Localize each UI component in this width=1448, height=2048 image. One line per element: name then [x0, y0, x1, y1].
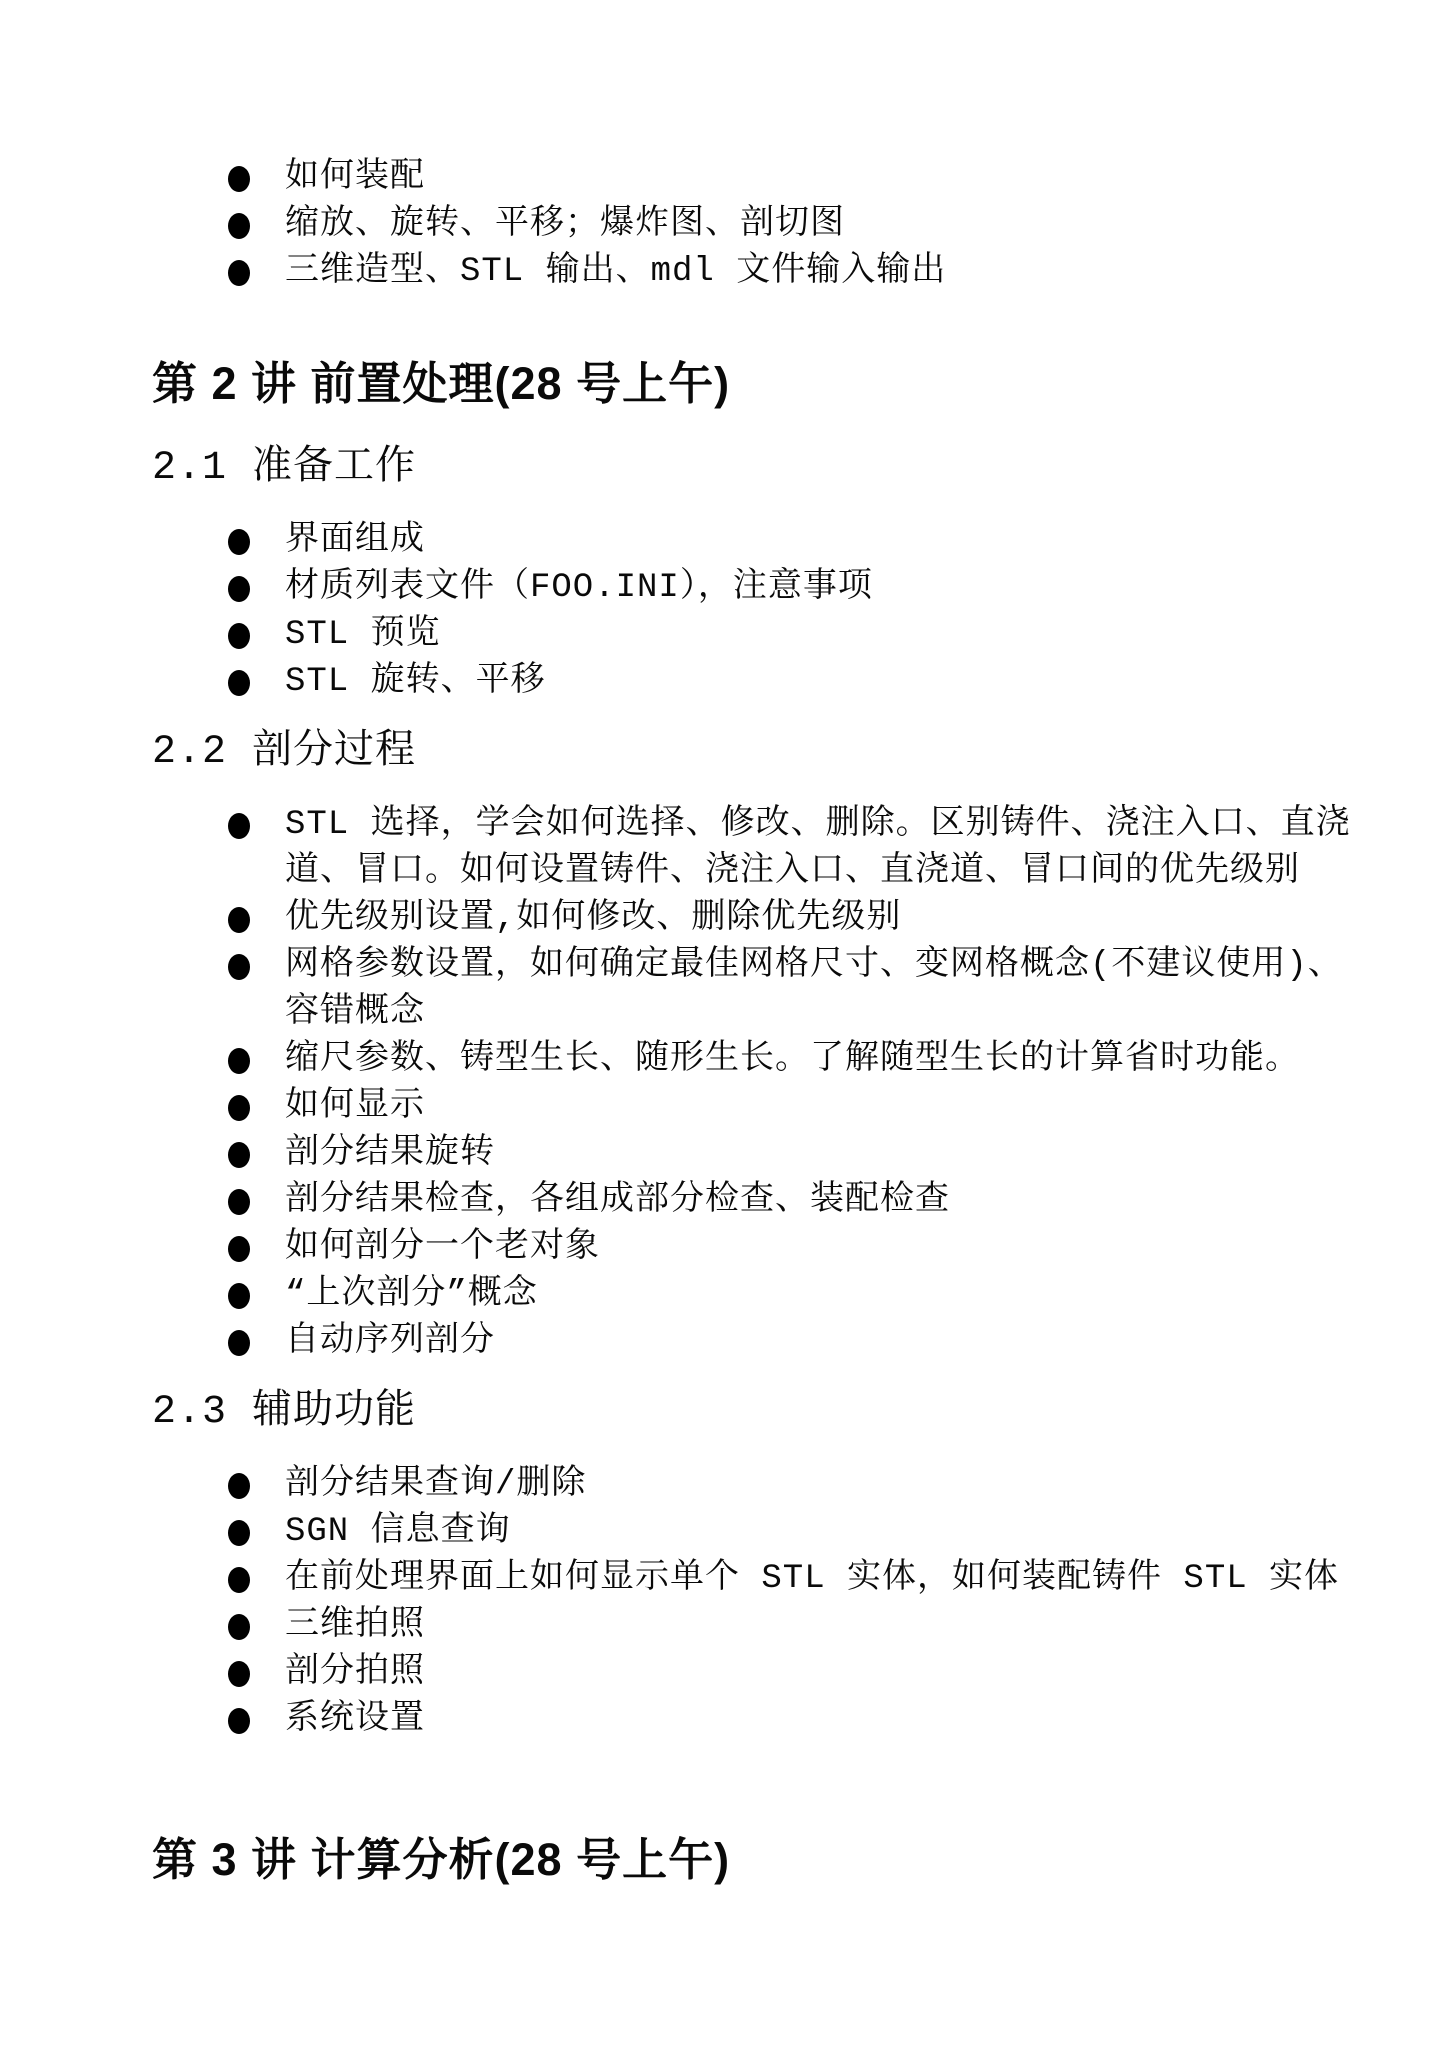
list-item: STL 旋转、平移 — [152, 659, 1360, 706]
list-item-text: 缩尺参数、铸型生长、随形生长。了解随型生长的计算省时功能。 — [285, 1041, 1300, 1079]
bullet-icon — [228, 1708, 250, 1734]
list-item: 剖分结果旋转 — [152, 1131, 1360, 1178]
bullet-icon — [228, 670, 250, 696]
section-2-2-bullet-list: STL 选择，学会如何选择、修改、删除。区别铸件、浇注入口、直浇道、冒口。如何设… — [152, 802, 1388, 1366]
list-item-text: STL 预览 — [285, 616, 441, 654]
list-item: 剖分拍照 — [152, 1650, 1360, 1697]
list-item-text: STL 旋转、平移 — [285, 663, 546, 701]
bullet-icon — [228, 166, 250, 192]
list-item-text: 材质列表文件（FOO.INI），注意事项 — [285, 569, 873, 607]
bullet-icon — [228, 1520, 250, 1546]
bullet-icon — [228, 813, 250, 839]
list-item: 剖分结果检查，各组成部分检查、装配检查 — [152, 1178, 1360, 1225]
list-item: 如何显示 — [152, 1084, 1360, 1131]
list-item-text: 优先级别设置,如何修改、删除优先级别 — [285, 900, 901, 938]
list-item: 优先级别设置,如何修改、删除优先级别 — [152, 896, 1360, 943]
list-item-text: SGN 信息查询 — [285, 1513, 511, 1551]
bullet-icon — [228, 1567, 250, 1593]
list-item: 系统设置 — [152, 1697, 1360, 1744]
chapter-3-heading: 第 3 讲 计算分析(28 号上午) — [152, 1832, 1388, 1888]
bullet-icon — [228, 1330, 250, 1356]
section-2-2-heading: 2.2 剖分过程 — [152, 728, 1388, 778]
list-item: 网格参数设置，如何确定最佳网格尺寸、变网格概念(不建议使用)、容错概念 — [152, 943, 1360, 1037]
bullet-icon — [228, 907, 250, 933]
bullet-icon — [228, 1095, 250, 1121]
list-item-text: 如何装配 — [285, 159, 425, 197]
list-item-text: 三维造型、STL 输出、mdl 文件输入输出 — [285, 253, 946, 291]
list-item: 自动序列剖分 — [152, 1319, 1360, 1366]
list-item: 在前处理界面上如何显示单个 STL 实体，如何装配铸件 STL 实体 — [152, 1556, 1360, 1603]
list-item: STL 选择，学会如何选择、修改、删除。区别铸件、浇注入口、直浇道、冒口。如何设… — [152, 802, 1360, 896]
bullet-icon — [228, 1473, 250, 1499]
section-2-3-bullet-list: 剖分结果查询/删除SGN 信息查询在前处理界面上如何显示单个 STL 实体，如何… — [152, 1462, 1388, 1744]
section-2-1-bullet-list: 界面组成材质列表文件（FOO.INI），注意事项STL 预览STL 旋转、平移 — [152, 518, 1388, 706]
list-item-text: 如何显示 — [285, 1088, 425, 1126]
list-item-text: 界面组成 — [285, 522, 425, 560]
list-item-text: 剖分结果查询/删除 — [285, 1466, 586, 1504]
list-item: 剖分结果查询/删除 — [152, 1462, 1360, 1509]
list-item-text: 网格参数设置，如何确定最佳网格尺寸、变网格概念(不建议使用)、容错概念 — [285, 947, 1343, 1032]
bullet-icon — [228, 1189, 250, 1215]
list-item-text: 缩放、旋转、平移；爆炸图、剖切图 — [285, 206, 845, 244]
list-item-text: 在前处理界面上如何显示单个 STL 实体，如何装配铸件 STL 实体 — [285, 1560, 1339, 1598]
document-page: 如何装配缩放、旋转、平移；爆炸图、剖切图三维造型、STL 输出、mdl 文件输入… — [0, 0, 1448, 2048]
bullet-icon — [228, 1236, 250, 1262]
chapter-2-heading: 第 2 讲 前置处理(28 号上午) — [152, 356, 1388, 412]
list-item: STL 预览 — [152, 612, 1360, 659]
bullet-icon — [228, 260, 250, 286]
list-item: “上次剖分”概念 — [152, 1272, 1360, 1319]
bullet-icon — [228, 1142, 250, 1168]
bullet-icon — [228, 1661, 250, 1687]
list-item-text: 如何剖分一个老对象 — [285, 1229, 600, 1267]
list-item: SGN 信息查询 — [152, 1509, 1360, 1556]
list-item: 如何剖分一个老对象 — [152, 1225, 1360, 1272]
bullet-icon — [228, 576, 250, 602]
list-item-text: 剖分结果旋转 — [285, 1135, 495, 1173]
bullet-icon — [228, 1614, 250, 1640]
list-item: 三维造型、STL 输出、mdl 文件输入输出 — [152, 249, 1360, 296]
bullet-icon — [228, 623, 250, 649]
bullet-icon — [228, 1048, 250, 1074]
list-item: 界面组成 — [152, 518, 1360, 565]
list-item-text: STL 选择，学会如何选择、修改、删除。区别铸件、浇注入口、直浇道、冒口。如何设… — [285, 806, 1351, 891]
list-item: 如何装配 — [152, 155, 1360, 202]
intro-bullet-list: 如何装配缩放、旋转、平移；爆炸图、剖切图三维造型、STL 输出、mdl 文件输入… — [152, 155, 1388, 296]
list-item-text: 剖分拍照 — [285, 1654, 425, 1692]
list-item-text: 三维拍照 — [285, 1607, 425, 1645]
list-item: 缩尺参数、铸型生长、随形生长。了解随型生长的计算省时功能。 — [152, 1037, 1360, 1084]
list-item-text: 系统设置 — [285, 1701, 425, 1739]
section-2-3-heading: 2.3 辅助功能 — [152, 1388, 1388, 1438]
bullet-icon — [228, 1283, 250, 1309]
bullet-icon — [228, 213, 250, 239]
list-item: 三维拍照 — [152, 1603, 1360, 1650]
list-item-text: 剖分结果检查，各组成部分检查、装配检查 — [285, 1182, 950, 1220]
section-2-1-heading: 2.1 准备工作 — [152, 444, 1388, 494]
list-item-text: 自动序列剖分 — [285, 1323, 495, 1361]
list-item: 材质列表文件（FOO.INI），注意事项 — [152, 565, 1360, 612]
bullet-icon — [228, 529, 250, 555]
bullet-icon — [228, 954, 250, 980]
list-item: 缩放、旋转、平移；爆炸图、剖切图 — [152, 202, 1360, 249]
list-item-text: “上次剖分”概念 — [285, 1276, 538, 1314]
